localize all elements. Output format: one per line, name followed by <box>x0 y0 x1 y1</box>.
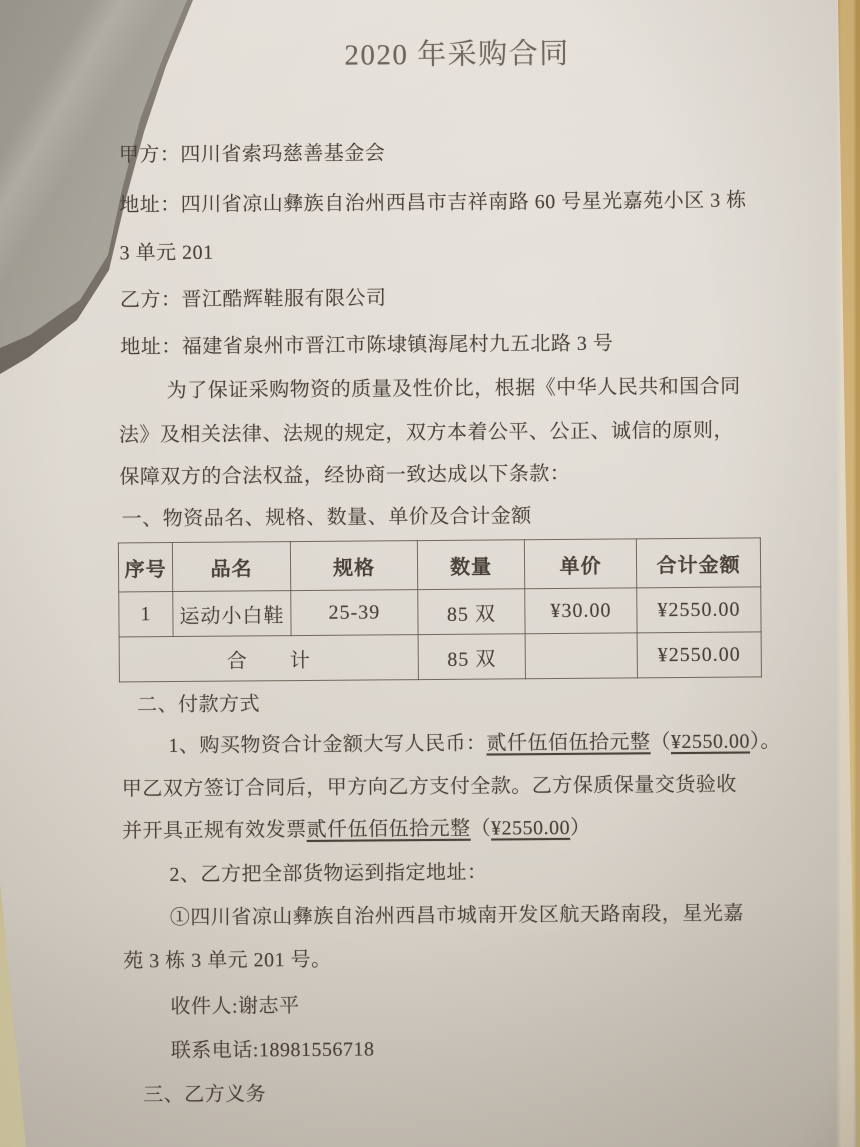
cell-quantity: 85 双 <box>418 589 525 635</box>
shipping-address-line-2: 苑 3 栋 3 单元 201 号。 <box>123 947 332 975</box>
invoice-open-paren: （ <box>471 818 492 840</box>
party-a-address-line-2: 3 单元 201 <box>119 240 213 267</box>
cell-total-label: 合 计 <box>119 635 418 682</box>
cell-total-unit-price <box>525 633 637 679</box>
invoice-amount-in-words: 贰仟伍佰伍拾元整 <box>307 818 471 841</box>
document-photo: 2020 年采购合同 甲方：四川省索玛慈善基金会 地址：四川省凉山彝族自治州西昌… <box>0 0 860 1147</box>
party-a-line: 甲方：四川省索玛慈善基金会 <box>119 140 386 168</box>
header-cell-spec: 规格 <box>290 541 417 591</box>
preamble-line-3: 保障双方的合法权益，经协商一致达成以下条款： <box>119 461 570 491</box>
section-1-heading: 一、物资品名、规格、数量、单价及合计金额 <box>122 503 532 532</box>
invoice-line-pre: 并开具正规有效发票 <box>122 819 307 842</box>
party-b-line: 乙方：晋江酷辉鞋服有限公司 <box>120 285 387 313</box>
header-cell-unit-price: 单价 <box>524 539 636 589</box>
open-paren: （ <box>650 731 671 753</box>
shipping-address-line-1: ①四川省凉山彝族自治州西昌市城南开发区航天路南段，星光嘉 <box>170 901 744 932</box>
cell-total: ¥2550.00 <box>637 587 761 633</box>
amount-in-figures: ¥2550.00 <box>671 730 750 753</box>
table-data-row: 1 运动小白鞋 25-39 85 双 ¥30.00 ¥2550.00 <box>119 587 761 637</box>
invoice-amount-in-figures: ¥2550.00 <box>491 817 570 840</box>
payment-clause-2: 2、乙方把全部货物运到指定地址： <box>169 860 487 888</box>
contract-content: 2020 年采购合同 甲方：四川省索玛慈善基金会 地址：四川省凉山彝族自治州西昌… <box>0 0 860 1147</box>
party-a-address-line-1: 地址：四川省凉山彝族自治州西昌市吉祥南路 60 号星光嘉苑小区 3 栋 <box>119 188 747 219</box>
header-cell-total: 合计金额 <box>636 538 760 588</box>
table-header-row: 序号 品名 规格 数量 单价 合计金额 <box>118 538 760 592</box>
payment-clause-1-continued: 甲乙双方签订合同后，甲方向乙方支付全款。乙方保质保量交货验收 <box>122 772 737 803</box>
cell-spec: 25-39 <box>291 590 418 636</box>
invoice-close-paren: ） <box>570 817 591 839</box>
party-b-address-line: 地址：福建省泉州市晋江市陈埭镇海尾村九五北路 3 号 <box>120 331 613 361</box>
section-2-heading: 二、付款方式 <box>137 691 260 718</box>
header-cell-product: 品名 <box>172 542 290 592</box>
phone-line: 联系电话:18981556718 <box>171 1036 375 1064</box>
contract-title: 2020 年采购合同 <box>136 29 778 75</box>
cell-total-amount: ¥2550.00 <box>637 632 761 678</box>
cell-product: 运动小白鞋 <box>173 591 291 637</box>
cell-serial: 1 <box>119 592 173 637</box>
cell-total-quantity: 85 双 <box>418 634 525 680</box>
header-cell-serial: 序号 <box>118 543 172 592</box>
payment-clause-1-pre: 1、购买物资合计金额大写人民币： <box>168 733 486 757</box>
section-3-heading: 三、乙方义务 <box>143 1081 266 1108</box>
preamble-line-2: 法》及相关法律、法规的规定，双方本着公平、公正、诚信的原则， <box>119 418 734 449</box>
recipient-line: 收件人:谢志平 <box>170 993 299 1020</box>
amount-in-words: 贰仟伍佰伍拾元整 <box>486 731 650 754</box>
cell-unit-price: ¥30.00 <box>525 588 637 634</box>
payment-clause-1: 1、购买物资合计金额大写人民币：贰仟伍佰伍拾元整（¥2550.00）。 <box>168 728 781 759</box>
preamble-line-1: 为了保证采购物资的质量及性价比，根据《中华人民共和国合同 <box>167 374 741 405</box>
payment-clause-1-post: ）。 <box>750 730 781 752</box>
header-cell-quantity: 数量 <box>417 540 524 590</box>
payment-invoice-line: 并开具正规有效发票贰仟伍佰伍拾元整（¥2550.00） <box>122 815 591 845</box>
table-total-row: 合 计 85 双 ¥2550.00 <box>119 632 761 682</box>
items-table: 序号 品名 规格 数量 单价 合计金额 1 运动小白鞋 25-39 85 双 ¥… <box>118 537 762 682</box>
